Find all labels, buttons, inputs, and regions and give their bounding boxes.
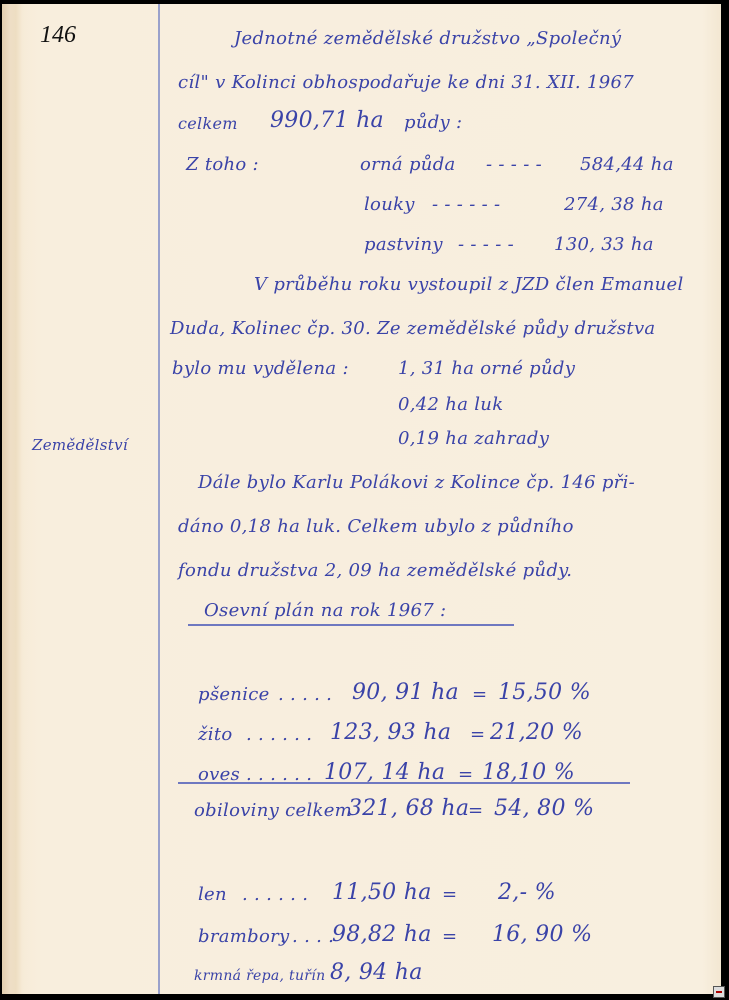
- crop-area: 90, 91 ha: [352, 680, 459, 705]
- departure-line-1: V průběhu roku vystoupil z JZD člen Eman…: [254, 274, 684, 295]
- breakdown-dots: - - - - -: [486, 154, 542, 175]
- departure-item: 0,42 ha luk: [398, 394, 503, 415]
- total-rule: [178, 782, 630, 784]
- crop-area: 8, 94 ha: [330, 960, 423, 985]
- intro-line-1: Jednotné zemědělské družstvo „Společný: [234, 28, 621, 49]
- intro-total-label: celkem: [178, 114, 238, 133]
- total-share: 54, 80 %: [494, 796, 594, 821]
- crop-dots: . . . . .: [280, 926, 334, 947]
- crop-eq: =: [442, 884, 457, 905]
- breakdown-dots: - - - - -: [458, 234, 514, 255]
- page-number: 146: [40, 22, 76, 49]
- departure-item: 1, 31 ha orné půdy: [398, 358, 575, 379]
- breakdown-value: 274, 38 ha: [564, 194, 664, 215]
- crop-name: žito: [198, 724, 233, 745]
- addition-line-2: dáno 0,18 ha luk. Celkem ubylo z půdního: [178, 516, 574, 537]
- crop-dots: . . . . . .: [246, 724, 312, 745]
- crop-eq: =: [470, 724, 485, 745]
- crop-share: 21,20 %: [490, 720, 583, 745]
- breakdown-name: orná půda: [360, 154, 456, 175]
- crop-area: 98,82 ha: [332, 922, 432, 947]
- total-label: obiloviny celkem: [194, 800, 352, 821]
- crop-share: 16, 90 %: [492, 922, 592, 947]
- breakdown-value: 130, 33 ha: [554, 234, 654, 255]
- departure-line-3: bylo mu vydělena :: [172, 358, 349, 379]
- crop-area: 11,50 ha: [332, 880, 432, 905]
- viewer-corner-icon[interactable]: [713, 986, 725, 998]
- sowing-plan-title: Osevní plán na rok 1967 :: [204, 600, 446, 621]
- breakdown-dots: - - - - - -: [432, 194, 500, 215]
- addition-line-3: fondu družstva 2, 09 ha zemědělské půdy.: [178, 560, 572, 581]
- addition-line-1: Dále bylo Karlu Polákovi z Kolince čp. 1…: [198, 472, 635, 493]
- margin-rule: [158, 4, 160, 994]
- crop-share: 15,50 %: [498, 680, 591, 705]
- crop-name: brambory: [198, 926, 289, 947]
- breakdown-value: 584,44 ha: [580, 154, 674, 175]
- crop-area: 123, 93 ha: [330, 720, 451, 745]
- departure-item: 0,19 ha zahrady: [398, 428, 549, 449]
- breakdown-label: Z toho :: [186, 154, 259, 175]
- crop-dots: . . . . . .: [242, 884, 308, 905]
- intro-line-2: cíl" v Kolinci obhospodařuje ke dni 31. …: [178, 72, 634, 93]
- binding-shadow: [2, 4, 26, 994]
- crop-name: pšenice: [198, 684, 270, 705]
- crop-eq: =: [442, 926, 457, 947]
- intro-total-suffix: půdy :: [404, 112, 462, 133]
- crop-name: krmná řepa, tuřín: [194, 968, 325, 984]
- breakdown-name: pastviny: [364, 234, 443, 255]
- intro-total-value: 990,71 ha: [270, 108, 384, 133]
- total-eq: =: [468, 800, 483, 821]
- crop-share: 2,- %: [498, 880, 556, 905]
- document-page: 146 Zemědělství Jednotné zemědělské druž…: [2, 4, 721, 994]
- title-underline: [188, 624, 514, 626]
- total-area: 321, 68 ha: [348, 796, 469, 821]
- departure-line-2: Duda, Kolinec čp. 30. Ze zemědělské půdy…: [170, 318, 655, 339]
- crop-name: len: [198, 884, 227, 905]
- crop-dots: . . . . .: [278, 684, 332, 705]
- margin-note: Zemědělství: [32, 436, 128, 454]
- crop-eq: =: [472, 684, 487, 705]
- breakdown-name: louky: [364, 194, 415, 215]
